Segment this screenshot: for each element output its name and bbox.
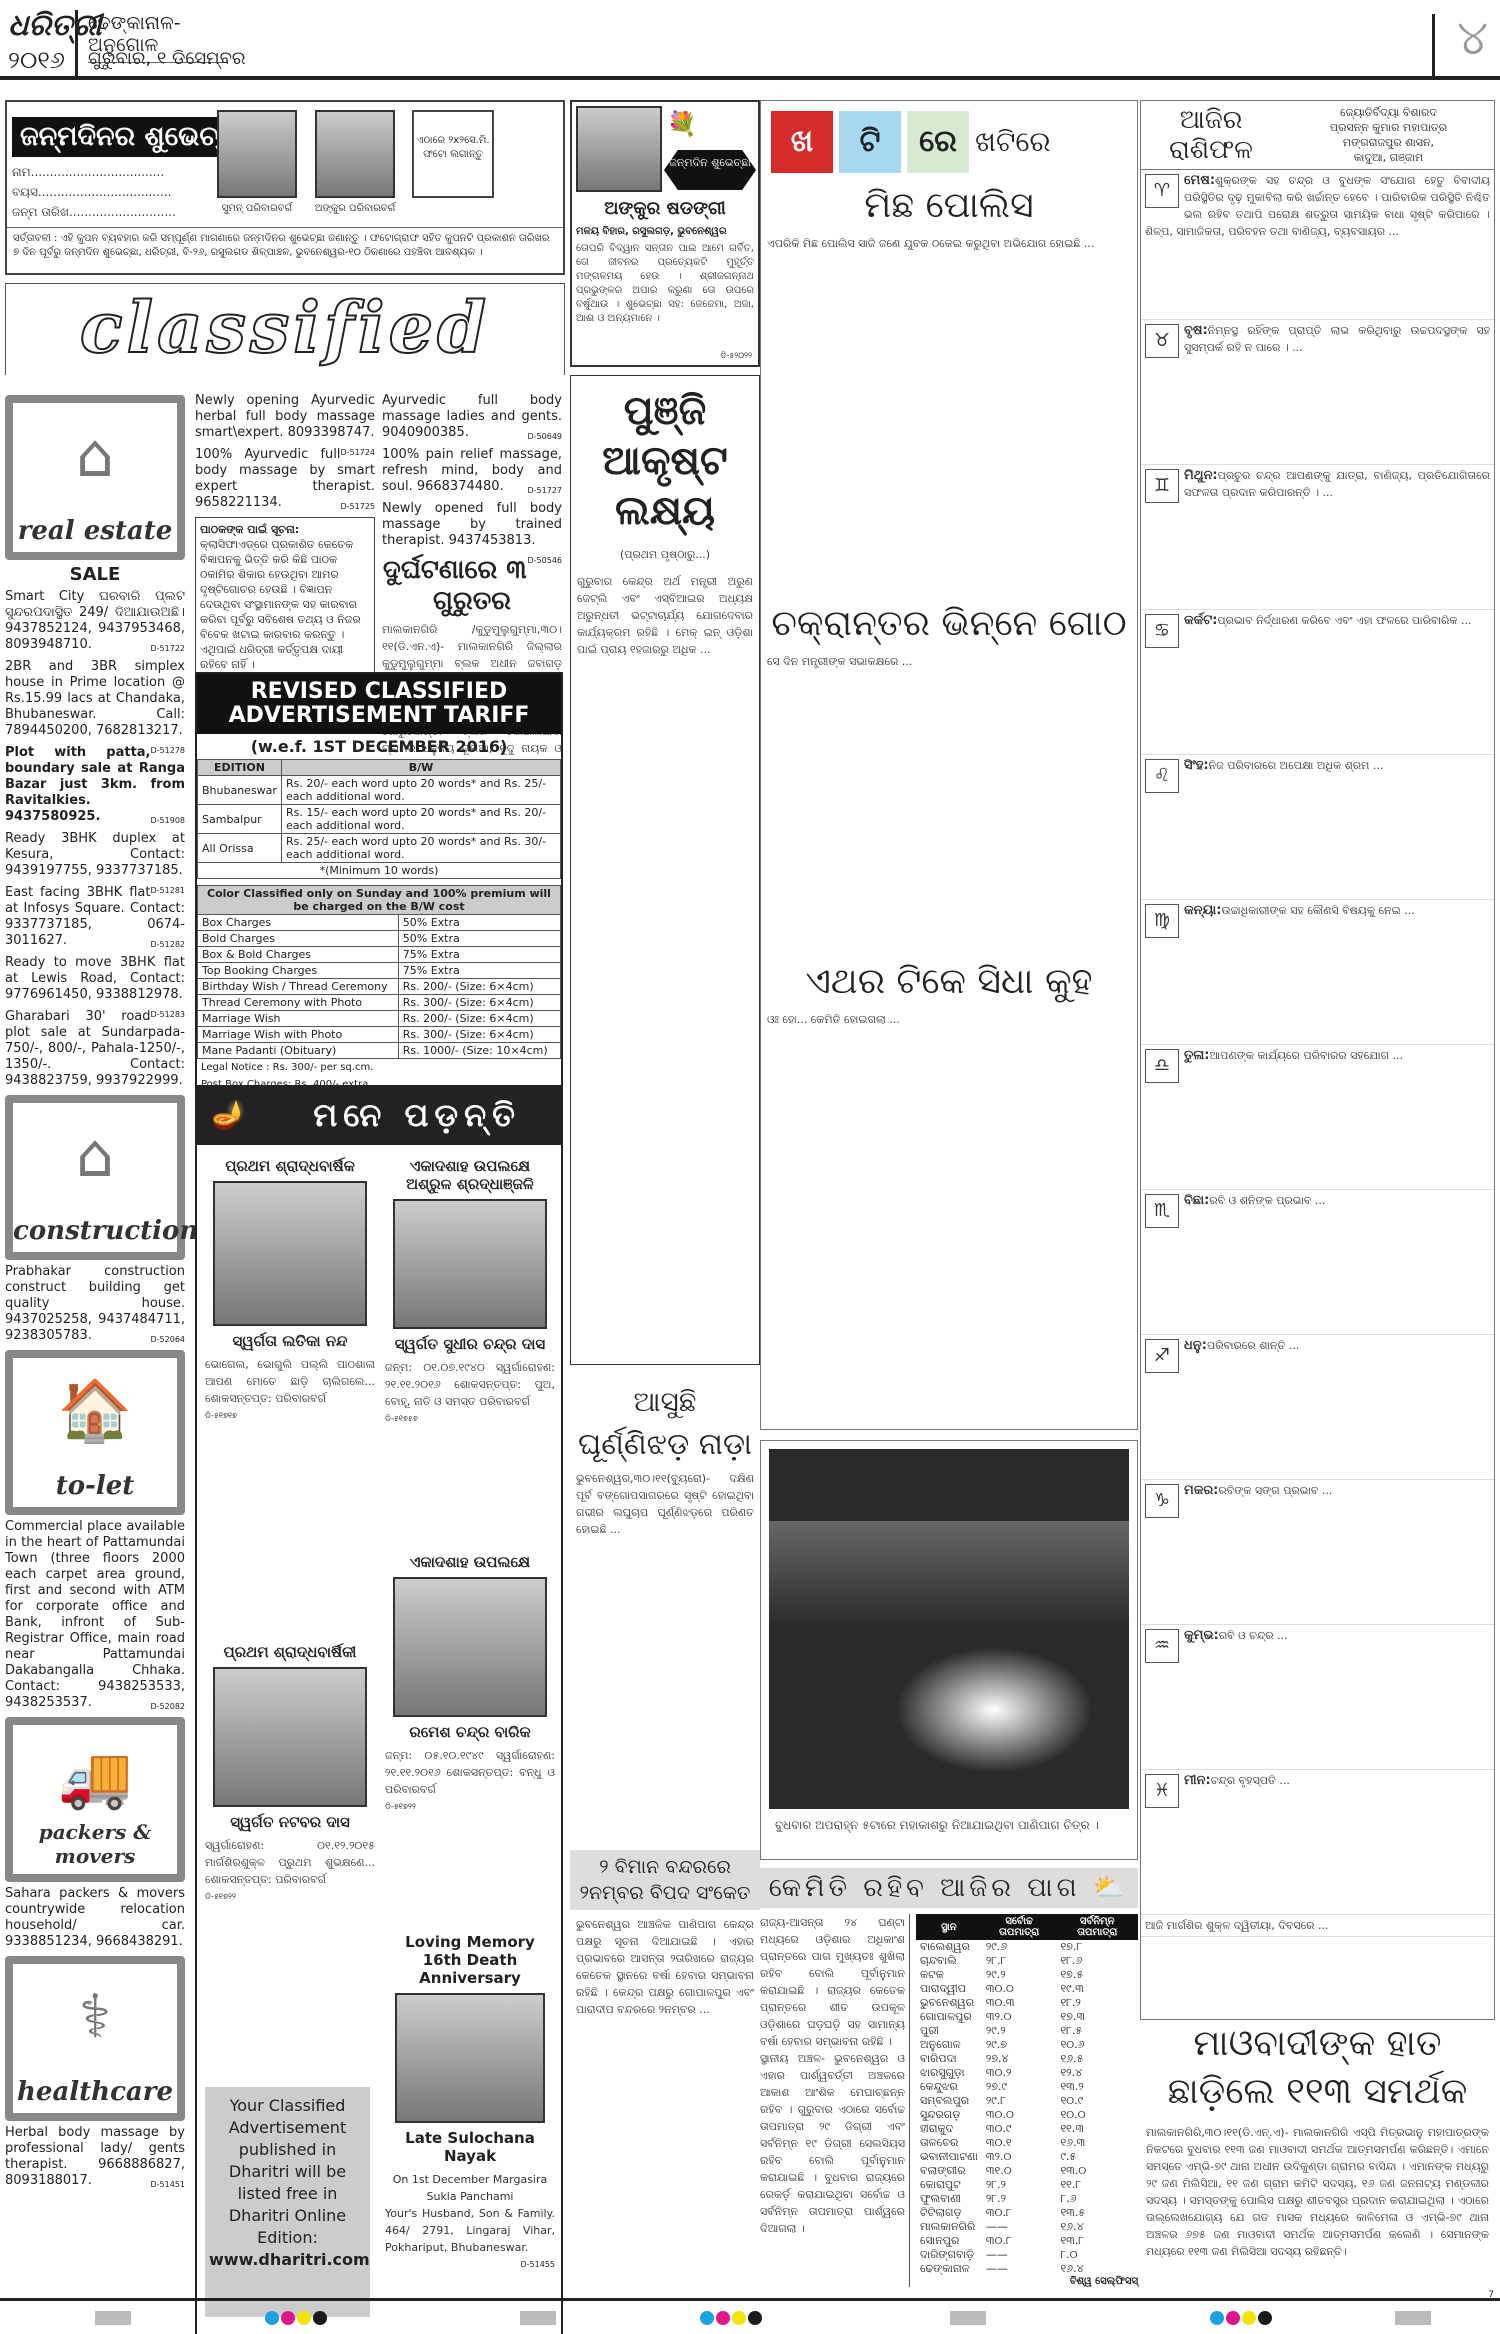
news-story: ପୁଞ୍ଜି ଆକୃଷ୍ଟ ଲକ୍ଷ୍ୟ (ପ୍ରଥମ ପୃଷ୍ଠାରୁ...)… bbox=[570, 375, 760, 1365]
tariff-extras-table: Color Classified only on Sunday and 100%… bbox=[197, 885, 561, 1059]
table-row: ଝାରସୁଗୁଡ଼ା୩୦.୨୧୨.୪ bbox=[916, 2066, 1138, 2080]
table-row: ଚାନ୍ଦବାଲି୨୮.୮୧୮.୬ bbox=[916, 1954, 1138, 1968]
table-row: କୋରାପୁଟ୨୮.୨୧୧.୮ bbox=[916, 2178, 1138, 2192]
table-row: କଟକ୨୯.୨୧୭.୫ bbox=[916, 1968, 1138, 1982]
horoscope-sign: ♒କୁମ୍ଭ:ରବି ଓ ଚନ୍ଦ୍ର ... bbox=[1141, 1625, 1494, 1770]
classified-ad: 2BR and 3BR simplex house in Prime locat… bbox=[5, 659, 185, 739]
massage-ads-left: Newly opening Ayurvedic herbal full body… bbox=[195, 393, 375, 677]
table-row: ଫୁଲବାଣୀ୨୮.୨୮.୬ bbox=[916, 2192, 1138, 2206]
coupon-rules: ସର୍ତ୍ତାବଳୀ : ଏହି କୁପନ ବ୍ୟବହାର କରି ସମ୍ପୂର… bbox=[7, 227, 563, 264]
section-logo: ଖଟିରେଖଟିରେ bbox=[761, 101, 1137, 177]
address: ମଳୟ ବିହାର, ରସୁଲଗଡ଼, ଭୁବନେଶ୍ୱର bbox=[572, 226, 758, 237]
footer-rule bbox=[0, 2298, 1500, 2301]
image-caption: ବୁଧବାର ଅପରାହ୍ନ ୫ଟାରେ ମହାକାଶରୁ ନିଆଯାଇଥିବା… bbox=[769, 1817, 1129, 1834]
libra-icon: ♎ bbox=[1145, 1049, 1179, 1083]
news-body: ଏପରିକି ମିଛ ପୋଲିସ ସାଜି ଜଣେ ଯୁବକ ଠକେଇ କରୁଥ… bbox=[761, 235, 1137, 595]
cyclone-story: ଆସୁଛି ଘୂର୍ଣ୍ଣିଝଡ଼ ନାଡ଼ା ଭୁବନେଶ୍ୱର,୩୦।୧୧(… bbox=[570, 1385, 760, 1538]
birthday-coupon: ଜନ୍ମଦିନର ଶୁଭେଚ୍ଛା ନାମ...................… bbox=[5, 100, 565, 275]
table-row: ଅନୁଗୋଳ୨୯.୭୧୦.୬ bbox=[916, 2038, 1138, 2052]
news-headline: ଚକ୍ରାନ୍ତର ଭିନ୍ନେ ଗୋଠ bbox=[761, 599, 1137, 649]
category-to-let: 🏠 to-let bbox=[5, 1350, 185, 1515]
table-row: କେନ୍ଦୁଝର୨୭.୯୧୩.୨ bbox=[916, 2080, 1138, 2094]
coupon-title: ଜନ୍ମଦିନର ଶୁଭେଚ୍ଛା bbox=[12, 117, 250, 157]
divider bbox=[75, 10, 78, 78]
table-row: ମାଲକାନଗିରି——୧୬.୪ bbox=[916, 2220, 1138, 2234]
memorial-ad: Loving Memory 16th Death Anniversary Lat… bbox=[385, 1927, 555, 2269]
table-row: ପୁରୀ୨୯.୨୧୮.୫ bbox=[916, 2024, 1138, 2038]
table-row: Box Charges50% Extra bbox=[198, 915, 561, 931]
sheet-number: 7 bbox=[1488, 2290, 1494, 2300]
news-body: ଭୁବନେଶ୍ୱର ଆଞ୍ଚଳିକ ପାଣିପାଗ କେନ୍ଦ୍ର ପକ୍ଷରୁ… bbox=[570, 1916, 760, 2018]
news-headline: ଘୂର୍ଣ୍ଣିଝଡ଼ ନାଡ଼ା bbox=[570, 1427, 760, 1462]
classified-ad: Smart City ଘରବାରି ପ୍ଲଟ ସୁନ୍ଦରପଦାସ୍ଥିତ 24… bbox=[5, 589, 185, 653]
tariff-table: EDITIONB/W BhubaneswarRs. 20/- each word… bbox=[197, 759, 561, 879]
continued-from: (ପ୍ରଥମ ପୃଷ୍ଠାରୁ...) bbox=[571, 546, 759, 563]
capricorn-icon: ♑ bbox=[1145, 1484, 1179, 1518]
horoscope-sign: ♈ମେଷ:ଶୁକ୍ରଙ୍କ ସହ ଚନ୍ଦ୍ର ଓ ବୁଧଙ୍କ ସଂଯୋଗ ହ… bbox=[1141, 170, 1494, 320]
news-headline: ଏଥର ଟିକେ ସିଧା କୁହ bbox=[761, 957, 1137, 1007]
sun-cloud-icon: ⛅ bbox=[1093, 1873, 1129, 1903]
weather-title: କେମିତି ରହିବ ଆଜିର ପାଗ ⛅ bbox=[760, 1868, 1138, 1908]
grey-registration-bar bbox=[520, 2311, 556, 2325]
table-row: Marriage Wish with PhotoRs. 300/- (Size:… bbox=[198, 1027, 561, 1043]
classified-ad: Newly opening Ayurvedic herbal full body… bbox=[195, 393, 375, 441]
table-row: Thread Ceremony with PhotoRs. 300/- (Siz… bbox=[198, 995, 561, 1011]
obituary-item: ଏକାଦଶାହ ଉପଲକ୍ଷେ ଅଶ୍ରୁଳ ଶ୍ରଦ୍ଧାଞ୍ଜଳି ସ୍ୱର… bbox=[385, 1151, 555, 1424]
astrologer-info: ଜ୍ୟୋତିର୍ବିଦ୍ୟା ବିଶାରଦପ୍ରସନ୍ନ କୁମାର ମହାପା… bbox=[1286, 105, 1491, 165]
classified-ad: Commercial place available in the heart … bbox=[5, 1519, 185, 1711]
page-number: ୪ bbox=[1457, 10, 1488, 67]
horoscope-list: ♈ମେଷ:ଶୁକ୍ରଙ୍କ ସହ ଚନ୍ଦ୍ର ଓ ବୁଧଙ୍କ ସଂଯୋଗ ହ… bbox=[1140, 170, 1495, 2020]
leo-icon: ♌ bbox=[1145, 759, 1179, 793]
table-row: ଭୁବନେଶ୍ୱର୩୦.୩୧୮.୨ bbox=[916, 1996, 1138, 2010]
category-healthcare: ⚕ healthcare bbox=[5, 1956, 185, 2121]
horoscope-sign: ♊ମିଥୁନ:ପ୍ରଚୁର ଚନ୍ଦ୍ର ଆପଣଙ୍କୁ ଯାତ୍ରା, ବାଣ… bbox=[1141, 465, 1494, 610]
aquarius-icon: ♒ bbox=[1145, 1629, 1179, 1663]
news-body: ଓଃ ହୋ... କେମିତି ହୋଇଗଲା ... bbox=[761, 1011, 1137, 1028]
category-packers-movers: 🚚 packers & movers bbox=[5, 1717, 185, 1882]
satellite-image-box: ବୁଧବାର ଅପରାହ୍ନ ୫ଟାରେ ମହାକାଶରୁ ନିଆଯାଇଥିବା… bbox=[760, 1440, 1138, 1860]
news-headline: ମିଛ ପୋଲିସ bbox=[761, 181, 1137, 231]
tariff-title: REVISED CLASSIFIED ADVERTISEMENT TARIFF bbox=[197, 674, 561, 734]
table-row: Marriage WishRs. 200/- (Size: 6×4cm) bbox=[198, 1011, 561, 1027]
table-row: ସୋନପୁର୩୦.୮୧୩.୮ bbox=[916, 2234, 1138, 2248]
table-row: ବାଲେଶ୍ୱର୨୯.୬୧୭.୮ bbox=[916, 1940, 1138, 1954]
middle-column: 💐 ଜନ୍ମଦିନ ଶୁଭେଚ୍ଛା ଅଙ୍କୁର ଷଡଙ୍ଗୀ ମଳୟ ବିହ… bbox=[570, 100, 760, 1538]
grey-registration-bar bbox=[1395, 2311, 1431, 2325]
classified-ad: Ayurvedic full body massage ladies and g… bbox=[382, 393, 562, 441]
table-row: ଦାରିଙ୍ଗବାଡ଼ି——୮.୦ bbox=[916, 2248, 1138, 2262]
table-row: ସମ୍ବଲପୁର୨୯.୮୧୦.୯ bbox=[916, 2094, 1138, 2108]
horoscope-header: ଆଜିର ରାଶିଫଳ ଜ୍ୟୋତିର୍ବିଦ୍ୟା ବିଶାରଦପ୍ରସନ୍ନ… bbox=[1140, 100, 1495, 170]
online-edition-ad: Your Classified Advertisement published … bbox=[205, 2087, 370, 2317]
name-field: ନାମ................................... bbox=[12, 162, 176, 182]
flower-icon: 💐 bbox=[667, 110, 697, 138]
stethoscope-icon: ⚕ bbox=[79, 1982, 111, 2052]
horoscope-sign: ♍କନ୍ୟା:ଉଚ୍ଚାଧିକାରୀଙ୍କ ସହ କୌଣସି ବିଷୟକୁ ନେ… bbox=[1141, 900, 1494, 1045]
table-row: Birthday Wish / Thread CeremonyRs. 200/-… bbox=[198, 979, 561, 995]
divider bbox=[1432, 14, 1435, 78]
birthday-badge: ଜନ୍ମଦିନ ଶୁଭେଚ୍ଛା bbox=[664, 150, 756, 190]
masthead: ଧରିତ୍ରୀ ୨୦୧୬ ଢେଙ୍କାନାଳ-ଅନୁଗୋଳ ଗୁରୁବାର, ୧… bbox=[0, 0, 1500, 80]
to-let-house-icon: 🏠 bbox=[58, 1376, 133, 1446]
grey-registration-bar bbox=[95, 2311, 131, 2325]
photo-placeholder: ଏଠାରେ ୨x୨ସେ.ମି. ଫଟୋ ଲଗାନ୍ତୁ bbox=[412, 110, 494, 198]
obituary-item: ପ୍ରଥମ ଶ୍ରାଦ୍ଧବାର୍ଷିକ ସ୍ୱର୍ଗତା ଲତିକା ନନ୍ଦ… bbox=[205, 1151, 375, 1421]
news-column: ଖଟିରେଖଟିରେ ମିଛ ପୋଲିସ ଏପରିକି ମିଛ ପୋଲିସ ସା… bbox=[760, 100, 1138, 2287]
house-outline-icon: ⌂ bbox=[76, 1121, 114, 1191]
registration-marks bbox=[265, 2311, 327, 2325]
table-row: ତାଳଚେର୩୦.୧୧୬.୩ bbox=[916, 2136, 1138, 2150]
horoscope-sign: ♑ମକର:ରବିଙ୍କ ସଙ୍ଗ ପ୍ରଭାବ ... bbox=[1141, 1480, 1494, 1625]
horoscope-sign: ♋କର୍କଟ:ପ୍ରଭାବ ନିର୍ଦ୍ଧାରଣ କରିବେ ଏବଂ ଏହା ଫ… bbox=[1141, 610, 1494, 755]
classified-banner: classified bbox=[5, 283, 565, 375]
weather-section: କେମିତି ରହିବ ଆଜିର ପାଗ ⛅ ରାଜ୍ୟ-ଆସନ୍ତା ୨୪ ଘ… bbox=[760, 1868, 1138, 2287]
gemini-icon: ♊ bbox=[1145, 469, 1179, 503]
satellite-image bbox=[769, 1449, 1129, 1809]
classified-category-column: ⌂ real estate SALE Smart City ଘରବାରି ପ୍ଲ… bbox=[5, 395, 185, 2195]
year: ୨୦୧୬ bbox=[8, 46, 65, 74]
table-row: ଢେଙ୍କାନାଳ——୧୬.୪ bbox=[916, 2262, 1138, 2276]
classified-ad: Sahara packers & movers countrywide relo… bbox=[5, 1886, 185, 1950]
category-construction: ⌂ construction bbox=[5, 1095, 185, 1260]
table-row: ସୁନ୍ଦରଗଡ଼୩୦.୦୧୦.୦ bbox=[916, 2108, 1138, 2122]
table-row: ବଲାଙ୍ଗୀର୩୧.୦୧୩.୦ bbox=[916, 2164, 1138, 2178]
panjika: ଆଜି ମାର୍ଗଶିର ଶୁକ୍ଳ ଦ୍ୱିତୀୟା, ଦିବସରେ ... bbox=[1141, 1915, 1494, 1937]
table-row: Box & Bold Charges75% Extra bbox=[198, 947, 561, 963]
dob-field: ଜନ୍ମ ତାରିଖ............................ bbox=[12, 202, 176, 222]
horoscope-sign: ♎ତୁଳା:ଆପଣଙ୍କ କାର୍ଯ୍ୟରେ ପରିବାରର ସହଯୋଗ ... bbox=[1141, 1045, 1494, 1190]
news-headline: ପୁଞ୍ଜି ଆକୃଷ୍ଟ ଲକ୍ଷ୍ୟ bbox=[571, 386, 759, 536]
table-row: ଗୋପାଳପୁର୩୨.୦୧୭.୩ bbox=[916, 2010, 1138, 2024]
khatire-section: ଖଟିରେଖଟିରେ ମିଛ ପୋଲିସ ଏପରିକି ମିଛ ପୋଲିସ ସା… bbox=[760, 100, 1138, 1430]
category-real-estate: ⌂ real estate bbox=[5, 395, 185, 560]
website-link[interactable]: www.dharitri.com bbox=[209, 2250, 370, 2269]
horoscope-sign: ♉ବୃଷ:ନିମ୍ନସ୍ଥ ରହିଁଙ୍କ ପ୍ରାପ୍ତି ଲାଭ କରିଥି… bbox=[1141, 320, 1494, 465]
horoscope-sign: ♏ବିଛା:ରବି ଓ ଶନିଙ୍କ ପ୍ରଭାବ ... bbox=[1141, 1190, 1494, 1335]
photo-caption: ସୁମନ୍ ପରିବାରବର୍ଗ bbox=[212, 202, 302, 215]
classified-ad: Prabhakar construction construct buildin… bbox=[5, 1264, 185, 1344]
table-row: ଭବାନୀପାଟଣା୩୨.୦୯.୫ bbox=[916, 2150, 1138, 2164]
news-body: ସେ ଦିନ ମନ୍ତ୍ରୀଙ୍କ ସଭାକକ୍ଷରେ ... bbox=[761, 653, 1137, 953]
table-row: ପାରାଦ୍ୱୀପ୩୦.୦୧୯.୩ bbox=[916, 1982, 1138, 1996]
table-row: ଟିଟିଲାଗଡ଼୩୦.୮୧୩.୫ bbox=[916, 2206, 1138, 2220]
temperature-table: ସ୍ଥାନସର୍ବୋଚ୍ଚ ତାପମାତ୍ରାସର୍ବନିମ୍ନ ତାପମାତ୍… bbox=[916, 1914, 1138, 2276]
news-headline: ୨ ବିମାନ ବନ୍ଦରରେ ୨ନମ୍ବର ବିପଦ ସଂକେତ bbox=[570, 1850, 760, 1910]
truck-icon: 🚚 bbox=[58, 1743, 133, 1813]
table-row: ହୀରାକୁଦ୩୦.୯୧୧.୩ bbox=[916, 2122, 1138, 2136]
horoscope-sign: ♌ସିଂହ:ନିଜ ପରିବାରରେ ଅପେକ୍ଷା ଅଧିକ ଶ୍ରମ ... bbox=[1141, 755, 1494, 900]
horoscope-sign: ♐ଧନୁ:ପରିବାରରେ ଶାନ୍ତି ... bbox=[1141, 1335, 1494, 1480]
child-photo bbox=[315, 110, 395, 198]
table-row: ବାରିପଦା୨୭.୪୧୬.୫ bbox=[916, 2052, 1138, 2066]
classified-ad: Herbal body massage by professional lady… bbox=[5, 2125, 185, 2189]
virgo-icon: ♍ bbox=[1145, 904, 1179, 938]
grey-registration-bar bbox=[950, 2311, 986, 2325]
birthday-person-name: ଅଙ୍କୁର ଷଡଙ୍ଗୀ bbox=[572, 198, 758, 219]
aries-icon: ♈ bbox=[1145, 174, 1179, 208]
scorpio-icon: ♏ bbox=[1145, 1194, 1179, 1228]
notice-body: କ୍ଲାସିଫାଏଡ୍‌ରେ ପ୍ରକାଶିତ କେତେକ ବିଜ୍ଞାପନକୁ… bbox=[200, 537, 370, 672]
child-photo bbox=[217, 110, 297, 198]
photo-caption: ଅଙ୍କୁର ପରିବାରବର୍ଗ bbox=[310, 202, 400, 215]
news-body: ଗୁରୁବାର କେନ୍ଦ୍ର ଅର୍ଥ ମନ୍ତ୍ରୀ ଅରୁଣ ଜେଟ୍‌ଲ… bbox=[571, 573, 759, 658]
classified-ad: Ready to move 3BHK flat at Lewis Road, C… bbox=[5, 955, 185, 1003]
taurus-icon: ♉ bbox=[1145, 324, 1179, 358]
sagittarius-icon: ♐ bbox=[1145, 1339, 1179, 1373]
weather-text: ରାଜ୍ୟ-ଆସନ୍ତା ୨୪ ଘଣ୍ଟା ମଧ୍ୟରେ ଓଡ଼ିଶାର ଅଧି… bbox=[760, 1914, 910, 2287]
news-headline: ମାଓବାଦୀଙ୍କ ହାତ ଛାଡ଼ିଲେ ୧୧୩ ସମର୍ଥକ bbox=[1140, 2020, 1495, 2116]
tariff-box: REVISED CLASSIFIED ADVERTISEMENT TARIFF … bbox=[195, 672, 563, 1095]
house-icon: ⌂ bbox=[76, 421, 114, 491]
birthday-message: ତୋପରି ବିଦ୍ୱାନ ସନ୍ତାନ ପାଇ ଆମେ ଗର୍ବିତ, ତୋ … bbox=[572, 242, 758, 326]
issue-date: ଗୁରୁବାର, ୧ ଡିସେମ୍ବର bbox=[88, 48, 246, 69]
table-row: Mane Padanti (Obituary)Rs. 1000/- (Size:… bbox=[198, 1043, 561, 1059]
section-heading: SALE bbox=[5, 564, 185, 585]
legal-notice-rate: Legal Notice : Rs. 300/- per sq.cm. bbox=[197, 1059, 561, 1076]
horoscope-title: ଆଜିର ରାଶିଫଳ bbox=[1151, 105, 1271, 165]
obituary-section: 🪔ମନେ ପଡ଼ନ୍ତି ପ୍ରଥମ ଶ୍ରାଦ୍ଧବାର୍ଷିକ ସ୍ୱର୍ଗ… bbox=[195, 1085, 563, 2334]
horoscope-column: ଆଜିର ରାଶିଫଳ ଜ୍ୟୋତିର୍ବିଦ୍ୟା ବିଶାରଦପ୍ରସନ୍ନ… bbox=[1140, 100, 1495, 2020]
obituary-item: ପ୍ରଥମ ଶ୍ରାଦ୍ଧବାର୍ଷିକୀ ସ୍ୱର୍ଗତ ନଟବର ଦାସ ସ… bbox=[205, 1637, 375, 1902]
notice-title: ପାଠକଙ୍କ ପାଇଁ ସୂଚନା: bbox=[200, 523, 299, 536]
obituary-title: 🪔ମନେ ପଡ଼ନ୍ତି bbox=[197, 1087, 561, 1145]
table-row: All OrissaRs. 25/- each word upto 20 wor… bbox=[198, 834, 561, 863]
age-field: ବୟସ................................... bbox=[12, 182, 176, 202]
classified-ad: Ready 3BHK duplex at Kesura, Contact: 94… bbox=[5, 831, 185, 879]
diya-lamp-icon: 🪔 bbox=[211, 1087, 252, 1143]
table-row: SambalpurRs. 15/- each word upto 20 word… bbox=[198, 805, 561, 834]
table-row: BhubaneswarRs. 20/- each word upto 20 wo… bbox=[198, 776, 561, 805]
classified-ad: 100% pain relief massage, refresh mind, … bbox=[382, 447, 562, 495]
airport-story: ୨ ବିମାନ ବନ୍ଦରରେ ୨ନମ୍ବର ବିପଦ ସଂକେତ ଭୁବନେଶ… bbox=[570, 1850, 760, 2018]
coupon-fields: ନାମ................................... ବ… bbox=[12, 162, 176, 222]
reader-notice: ପାଠକଙ୍କ ପାଇଁ ସୂଚନା: କ୍ଲାସିଫାଏଡ୍‌ରେ ପ୍ରକା… bbox=[195, 517, 375, 677]
cancer-icon: ♋ bbox=[1145, 614, 1179, 648]
news-body: ଭୁବନେଶ୍ୱର,୩୦।୧୧(ବ୍ୟୁରୋ)- ଦକ୍ଷିଣ ପୂର୍ବ ବଙ… bbox=[570, 1470, 760, 1538]
horoscope-sign: ♓ମୀନ:ଚନ୍ଦ୍ର ବୃହସ୍ପତି ... bbox=[1141, 1770, 1494, 1915]
table-row: Top Booking Charges75% Extra bbox=[198, 963, 561, 979]
classified-ad: Newly opened full body massage by traine… bbox=[382, 501, 562, 549]
table-row: Bold Charges50% Extra bbox=[198, 931, 561, 947]
registration-marks bbox=[1210, 2311, 1272, 2325]
birthday-ad: 💐 ଜନ୍ମଦିନ ଶୁଭେଚ୍ଛା ଅଙ୍କୁର ଷଡଙ୍ଗୀ ମଳୟ ବିହ… bbox=[570, 100, 760, 367]
credit: ବିଶ୍ୱ ସେଲ୍ଫିସସ୍ bbox=[916, 2276, 1138, 2287]
registration-marks bbox=[700, 2311, 762, 2325]
maoist-story: ମାଓବାଦୀଙ୍କ ହାତ ଛାଡ଼ିଲେ ୧୧୩ ସମର୍ଥକ ମାଲକାନ… bbox=[1140, 2020, 1495, 2260]
obituary-item: ଏକାଦଶାହ ଉପଲକ୍ଷେ ରମେଶ ଚନ୍ଦ୍ର ବାରିକ ଜନ୍ମ: … bbox=[385, 1547, 555, 1812]
pisces-icon: ♓ bbox=[1145, 1774, 1179, 1808]
news-body: ମାଲକାନଗିରି,୩୦।୧୧(ଡି.ଏନ୍.ଏ)- ମାଲକାନଗିରି ଏ… bbox=[1140, 2124, 1495, 2260]
tariff-effective-date: (w.e.f. 1ST DECEMBER 2016) bbox=[197, 734, 561, 759]
